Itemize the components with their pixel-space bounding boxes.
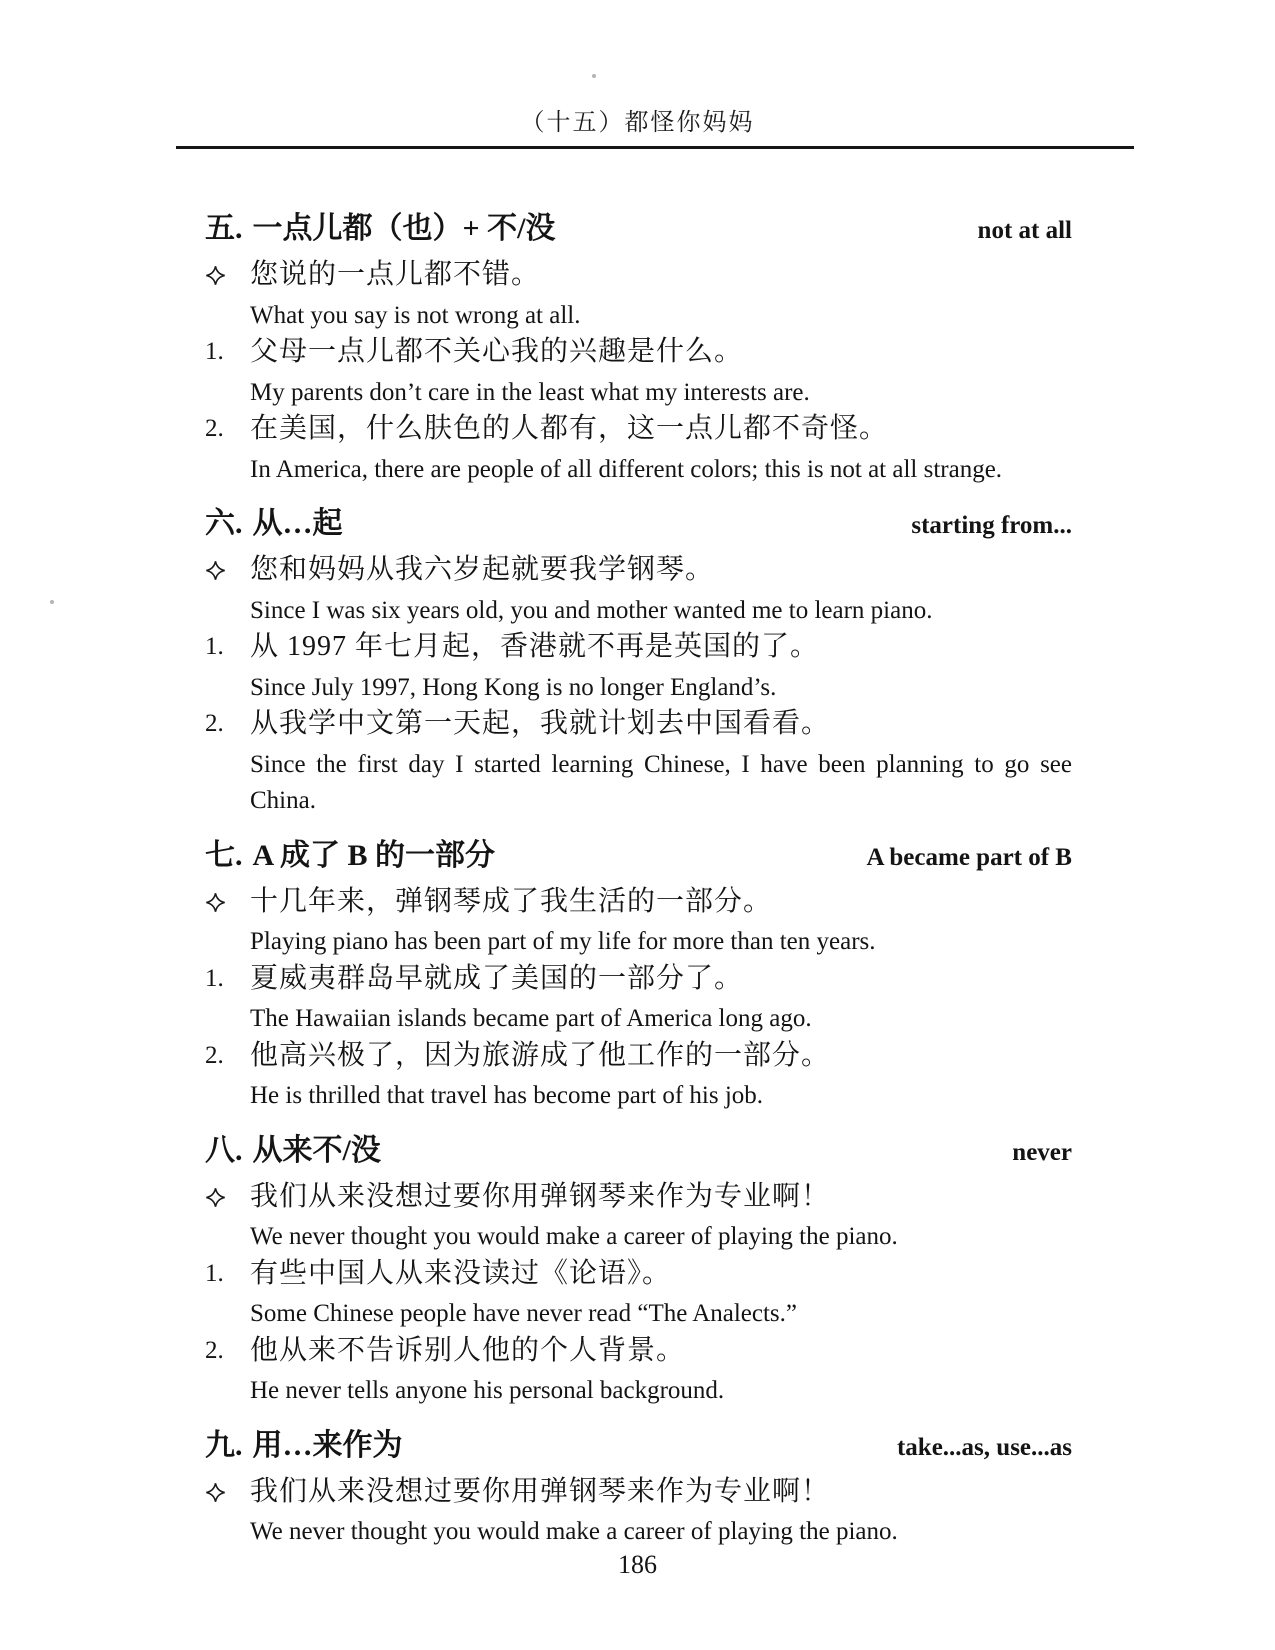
chinese-sentence-line: 十几年来，弹钢琴成了我生活的一部分。 <box>205 884 1072 925</box>
chinese-sentence-line: 我们从来没想过要你用弹钢琴来作为专业啊！ <box>205 1179 1072 1220</box>
english-translation: My parents don’t care in the least what … <box>205 375 1072 412</box>
section-title-text: 从来不/没 <box>253 1134 381 1167</box>
diamond-bullet-icon <box>205 1179 226 1216</box>
chinese-sentence-line: 2.他从来不告诉别人他的个人背景。 <box>205 1333 1072 1374</box>
chinese-sentence: 我们从来没想过要你用弹钢琴来作为专业啊！ <box>250 1476 830 1507</box>
section-title: 六.从…起 <box>205 504 343 544</box>
section-title-text: 一点儿都（也）+ 不/没 <box>253 212 556 245</box>
item-number: 2. <box>205 411 224 448</box>
english-translation: The Hawaiian islands became part of Amer… <box>205 1001 1072 1038</box>
chinese-sentence-line: 1.父母一点儿都不关心我的兴趣是什么。 <box>205 334 1072 375</box>
example-item: 1.从 1997 年七月起，香港就不再是英国的了。Since July 1997… <box>205 629 1072 706</box>
english-translation: Since the first day I started learning C… <box>205 747 1072 784</box>
chinese-sentence-line: 您说的一点儿都不错。 <box>205 257 1072 298</box>
english-translation: We never thought you would make a career… <box>205 1514 1072 1551</box>
section-title: 八.从来不/没 <box>205 1131 381 1171</box>
english-translation: What you say is not wrong at all. <box>205 298 1072 335</box>
grammar-section: 八.从来不/没never我们从来没想过要你用弹钢琴来作为专业啊！We never… <box>205 1131 1072 1410</box>
english-translation: In America, there are people of all diff… <box>205 452 1072 489</box>
scanned-book-page: （十五）都怪你妈妈 五.一点儿都（也）+ 不/没not at all您说的一点儿… <box>0 0 1275 1650</box>
english-translation: Some Chinese people have never read “The… <box>205 1296 1072 1333</box>
english-translation: He is thrilled that travel has become pa… <box>205 1078 1072 1115</box>
item-number: 2. <box>205 1038 224 1075</box>
chinese-sentence-line: 2.从我学中文第一天起，我就计划去中国看看。 <box>205 706 1072 747</box>
section-number: 七. <box>205 839 243 872</box>
chinese-sentence: 父母一点儿都不关心我的兴趣是什么。 <box>250 336 743 367</box>
grammar-section: 五.一点儿都（也）+ 不/没not at all您说的一点儿都不错。What y… <box>205 209 1072 488</box>
chinese-sentence-line: 2.他高兴极了，因为旅游成了他工作的一部分。 <box>205 1038 1072 1079</box>
scan-artifact-dot <box>50 600 54 604</box>
running-head: （十五）都怪你妈妈 <box>0 102 1275 137</box>
example-item: 2.他从来不告诉别人他的个人背景。He never tells anyone h… <box>205 1333 1072 1410</box>
section-header: 七.A 成了 B 的一部分A became part of B <box>205 836 1072 876</box>
section-title-text: 从…起 <box>253 507 343 540</box>
chinese-sentence-line: 1.夏威夷群岛早就成了美国的一部分了。 <box>205 961 1072 1002</box>
section-header: 八.从来不/没never <box>205 1131 1072 1171</box>
example-item: 您和妈妈从我六岁起就要我学钢琴。Since I was six years ol… <box>205 552 1072 629</box>
section-title-text: 用…来作为 <box>253 1429 403 1462</box>
example-item: 1.有些中国人从来没读过《论语》。Some Chinese people hav… <box>205 1256 1072 1333</box>
section-number: 八. <box>205 1134 243 1167</box>
chinese-sentence: 在美国，什么肤色的人都有，这一点儿都不奇怪。 <box>250 413 888 444</box>
section-title-text: A 成了 B 的一部分 <box>253 839 496 872</box>
chinese-sentence: 从我学中文第一天起，我就计划去中国看看。 <box>250 708 830 739</box>
chinese-sentence: 十几年来，弹钢琴成了我生活的一部分。 <box>250 886 772 917</box>
chinese-sentence-line: 1.从 1997 年七月起，香港就不再是英国的了。 <box>205 629 1072 670</box>
item-number: 1. <box>205 334 224 371</box>
section-title: 九.用…来作为 <box>205 1426 403 1466</box>
chinese-sentence: 您和妈妈从我六岁起就要我学钢琴。 <box>250 554 714 585</box>
diamond-bullet-icon <box>205 1474 226 1511</box>
chinese-sentence: 您说的一点儿都不错。 <box>250 259 540 290</box>
example-item: 我们从来没想过要你用弹钢琴来作为专业啊！We never thought you… <box>205 1179 1072 1256</box>
english-translation: Since I was six years old, you and mothe… <box>205 593 1072 630</box>
section-header: 六.从…起starting from... <box>205 504 1072 544</box>
english-translation: China. <box>205 783 1072 820</box>
section-keyword-english: starting from... <box>911 506 1072 546</box>
chinese-sentence-line: 1.有些中国人从来没读过《论语》。 <box>205 1256 1072 1297</box>
item-number: 2. <box>205 1333 224 1370</box>
section-header: 九.用…来作为take...as, use...as <box>205 1426 1072 1466</box>
chinese-sentence: 有些中国人从来没读过《论语》。 <box>250 1258 671 1289</box>
section-number: 五. <box>205 212 243 245</box>
example-item: 1.夏威夷群岛早就成了美国的一部分了。The Hawaiian islands … <box>205 961 1072 1038</box>
english-translation: Playing piano has been part of my life f… <box>205 924 1072 961</box>
diamond-bullet-icon <box>205 552 226 589</box>
section-keyword-english: not at all <box>978 211 1072 251</box>
chinese-sentence-line: 2.在美国，什么肤色的人都有，这一点儿都不奇怪。 <box>205 411 1072 452</box>
item-number: 1. <box>205 629 224 666</box>
example-item: 1.父母一点儿都不关心我的兴趣是什么。My parents don’t care… <box>205 334 1072 411</box>
chinese-sentence: 他高兴极了，因为旅游成了他工作的一部分。 <box>250 1040 830 1071</box>
section-keyword-english: take...as, use...as <box>897 1428 1072 1468</box>
english-translation: He never tells anyone his personal backg… <box>205 1373 1072 1410</box>
example-item: 2.他高兴极了，因为旅游成了他工作的一部分。He is thrilled tha… <box>205 1038 1072 1115</box>
section-number: 九. <box>205 1429 243 1462</box>
diamond-bullet-icon <box>205 257 226 294</box>
chinese-sentence: 他从来不告诉别人他的个人背景。 <box>250 1335 685 1366</box>
section-keyword-english: never <box>1012 1133 1072 1173</box>
page-number: 186 <box>0 1550 1275 1580</box>
example-item: 我们从来没想过要你用弹钢琴来作为专业啊！We never thought you… <box>205 1474 1072 1551</box>
diamond-bullet-icon <box>205 884 226 921</box>
item-number: 1. <box>205 961 224 998</box>
item-number: 1. <box>205 1256 224 1293</box>
chinese-sentence: 我们从来没想过要你用弹钢琴来作为专业啊！ <box>250 1181 830 1212</box>
grammar-section: 九.用…来作为take...as, use...as我们从来没想过要你用弹钢琴来… <box>205 1426 1072 1551</box>
english-translation: We never thought you would make a career… <box>205 1219 1072 1256</box>
chinese-sentence: 从 1997 年七月起，香港就不再是英国的了。 <box>250 631 819 662</box>
section-number: 六. <box>205 507 243 540</box>
section-title: 七.A 成了 B 的一部分 <box>205 836 495 876</box>
content: 五.一点儿都（也）+ 不/没not at all您说的一点儿都不错。What y… <box>205 209 1072 1551</box>
example-item: 十几年来，弹钢琴成了我生活的一部分。Playing piano has been… <box>205 884 1072 961</box>
chinese-sentence-line: 您和妈妈从我六岁起就要我学钢琴。 <box>205 552 1072 593</box>
section-title: 五.一点儿都（也）+ 不/没 <box>205 209 555 249</box>
example-item: 2.从我学中文第一天起，我就计划去中国看看。Since the first da… <box>205 706 1072 820</box>
english-translation: Since July 1997, Hong Kong is no longer … <box>205 670 1072 707</box>
header-rule <box>176 146 1134 149</box>
chinese-sentence: 夏威夷群岛早就成了美国的一部分了。 <box>250 963 743 994</box>
item-number: 2. <box>205 706 224 743</box>
scan-artifact-dot <box>592 74 596 78</box>
section-header: 五.一点儿都（也）+ 不/没not at all <box>205 209 1072 249</box>
grammar-section: 七.A 成了 B 的一部分A became part of B十几年来，弹钢琴成… <box>205 836 1072 1115</box>
chinese-sentence-line: 我们从来没想过要你用弹钢琴来作为专业啊！ <box>205 1474 1072 1515</box>
section-keyword-english: A became part of B <box>866 838 1072 878</box>
example-item: 您说的一点儿都不错。What you say is not wrong at a… <box>205 257 1072 334</box>
example-item: 2.在美国，什么肤色的人都有，这一点儿都不奇怪。In America, ther… <box>205 411 1072 488</box>
grammar-section: 六.从…起starting from...您和妈妈从我六岁起就要我学钢琴。Sin… <box>205 504 1072 820</box>
